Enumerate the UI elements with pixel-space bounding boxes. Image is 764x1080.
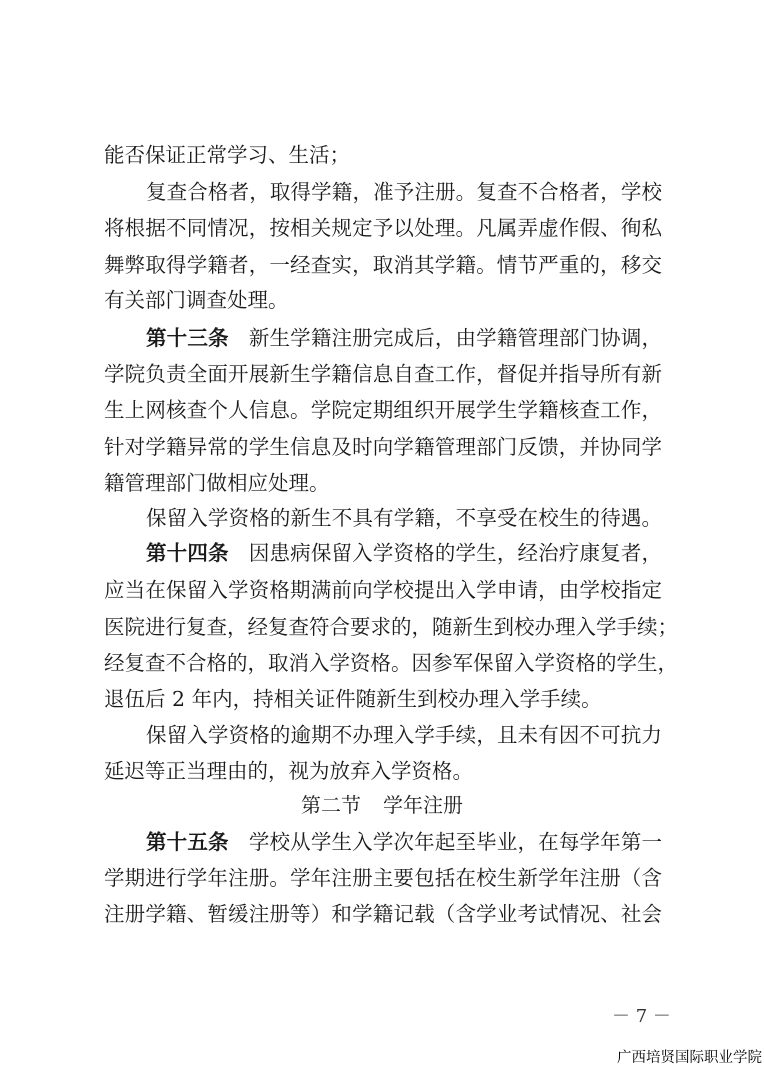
footer-institution: 广西培贤国际职业学院 [617, 1046, 762, 1070]
paragraph-line: 应当在保留入学资格期满前向学校提出入学申请，由学校指定 [104, 572, 662, 608]
paragraph-line: 舞弊取得学籍者，一经查实，取消其学籍。情节严重的，移交 [104, 247, 662, 283]
article-13-label: 第十三条 [146, 326, 229, 350]
article-15-text: 学校从学生入学次年起至毕业，在每学年第一 [249, 830, 662, 854]
article-13-first-line: 第十三条新生学籍注册完成后，由学籍管理部门协调， [146, 320, 662, 356]
page-number: － 7 － [612, 1002, 671, 1032]
article-14-text: 因患病保留入学资格的学生，经治疗康复者， [249, 541, 662, 565]
article-14-first-line: 第十四条因患病保留入学资格的学生，经治疗康复者， [146, 535, 662, 571]
paragraph-line: 保留入学资格的新生不具有学籍，不享受在校生的待遇。 [146, 500, 662, 536]
paragraph-line: 延迟等正当理由的，视为放弃入学资格。 [104, 753, 662, 789]
article-15-label: 第十五条 [146, 830, 229, 854]
paragraph-line: 学院负责全面开展新生学籍信息自查工作，督促并指导所有新 [104, 356, 662, 392]
article-14-label: 第十四条 [146, 541, 229, 565]
section-number: 第二节 [301, 793, 361, 817]
paragraph-line: 保留入学资格的逾期不办理入学手续，且未有因不可抗力 [146, 717, 662, 753]
paragraph-line: 退伍后 2 年内，持相关证件随新生到校办理入学手续。 [104, 681, 662, 717]
paragraph-line: 复查合格者，取得学籍，准予注册。复查不合格者，学校 [146, 174, 662, 210]
paragraph-line: 籍管理部门做相应处理。 [104, 465, 662, 501]
paragraph-line: 针对学籍异常的学生信息及时向学籍管理部门反馈，并协同学 [104, 429, 662, 465]
paragraph-line: 生上网核查个人信息。学院定期组织开展学生学籍核查工作， [104, 392, 662, 428]
paragraph-line: 将根据不同情况，按相关规定予以处理。凡属弄虚作假、徇私 [104, 210, 662, 246]
section-title: 学年注册 [383, 793, 463, 817]
paragraph-line: 有关部门调查处理。 [104, 282, 662, 318]
document-page: 能否保证正常学习、生活； 复查合格者，取得学籍，准予注册。复查不合格者，学校 将… [0, 0, 764, 1080]
article-13-text: 新生学籍注册完成后，由学籍管理部门协调， [249, 326, 662, 350]
section-heading: 第二节学年注册 [0, 787, 764, 823]
paragraph-line: 能否保证正常学习、生活； [104, 137, 662, 173]
paragraph-line: 经复查不合格的，取消入学资格。因参军保留入学资格的学生， [104, 645, 662, 681]
article-15-first-line: 第十五条学校从学生入学次年起至毕业，在每学年第一 [146, 824, 662, 860]
paragraph-line: 注册学籍、暂缓注册等）和学籍记载（含学业考试情况、社会 [104, 896, 662, 932]
paragraph-line: 学期进行学年注册。学年注册主要包括在校生新学年注册（含 [104, 860, 662, 896]
paragraph-line: 医院进行复查，经复查符合要求的，随新生到校办理入学手续； [104, 609, 662, 645]
